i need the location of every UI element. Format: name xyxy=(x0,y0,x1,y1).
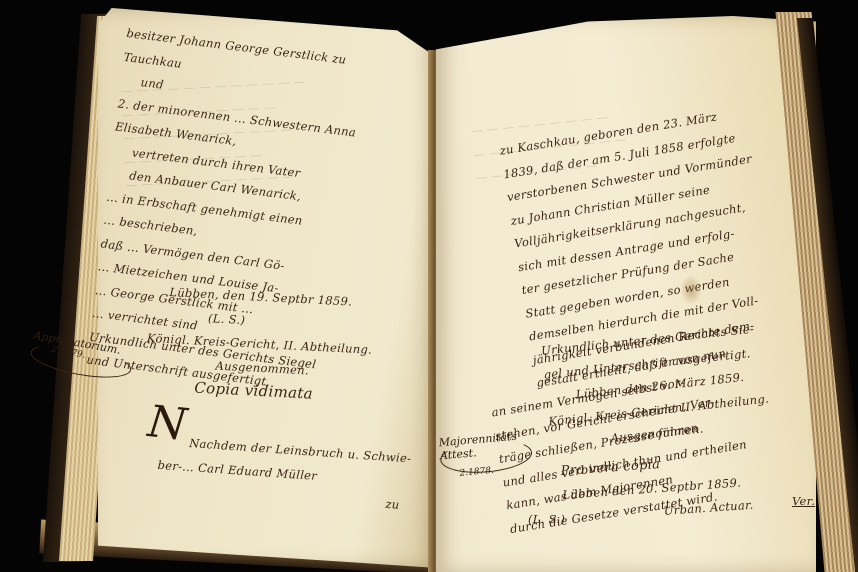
ink-stain xyxy=(680,275,702,305)
open-manuscript-book: — — — — — — — — — — — — — — — — — — — — … xyxy=(0,0,858,572)
left-page-signature-block: Lübben, den 19. Septbr 1859. (L. S.) Kön… xyxy=(144,280,375,409)
margin-note-majorennitaet: Majorennitäts Attest. 2.1878. xyxy=(438,428,541,481)
decorative-initial: N xyxy=(145,396,189,451)
right-seal-mark: (L. S.) xyxy=(528,508,565,532)
certification-block: Pro vera copia Lübben den 20. Septbr 185… xyxy=(560,447,754,531)
right-page-closing: Urkundlich unter des Gerichts Sie- gel u… xyxy=(540,317,773,457)
seal-mark: (L. S.) xyxy=(528,508,565,532)
footer-mark: Ver. xyxy=(792,490,815,514)
ver-mark: Ver. xyxy=(792,490,815,514)
